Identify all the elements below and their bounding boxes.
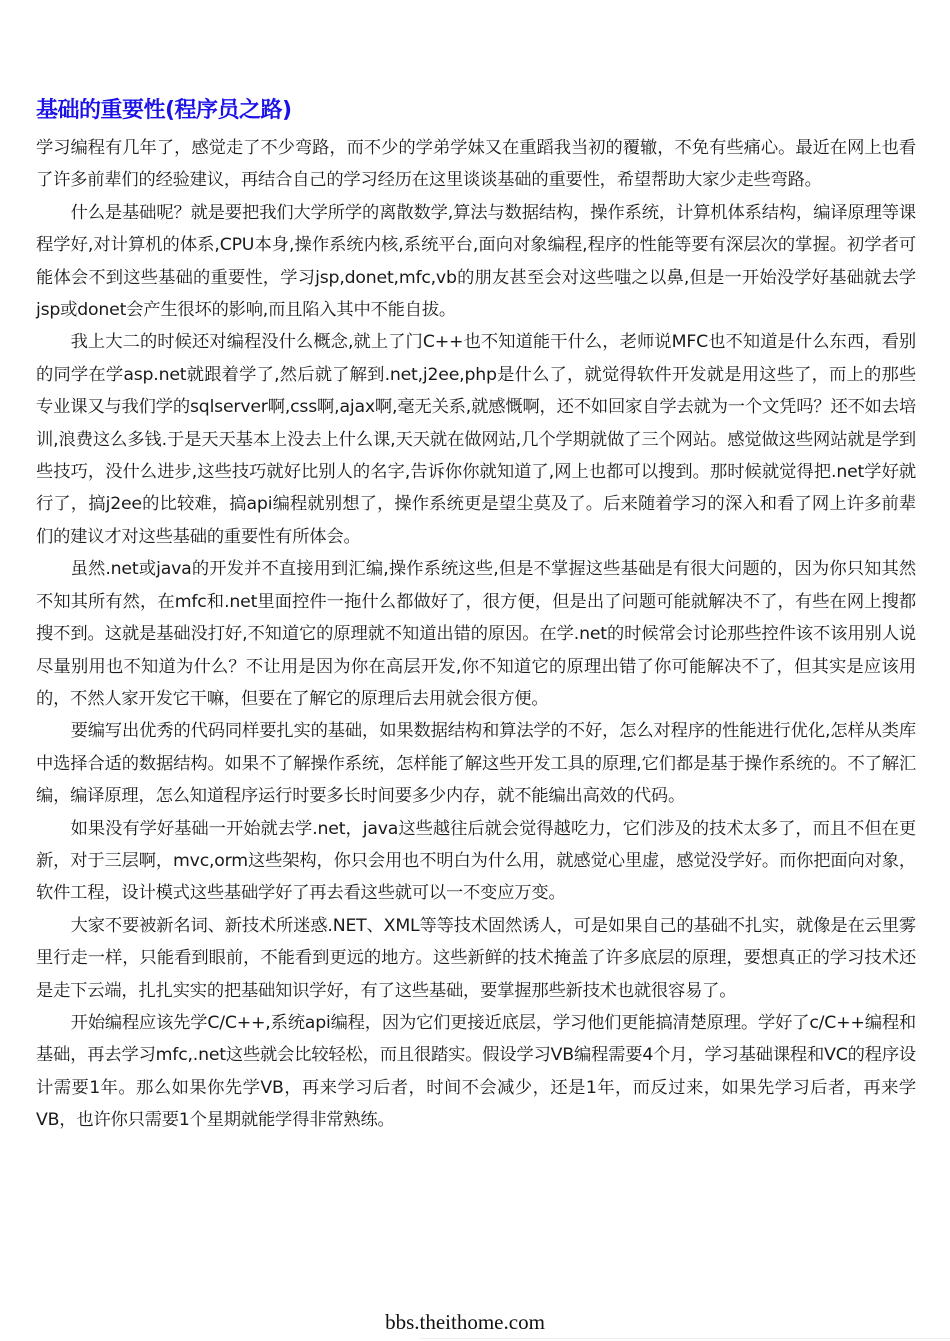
paragraph-personal-experience: 我上大二的时候还对编程没什么概念,就上了门C++也不知道能干什么，老师说MFC也… <box>36 326 916 553</box>
footer-divider <box>420 1338 950 1339</box>
document-page: 基础的重要性(程序员之路) 学习编程有几年了，感觉走了不少弯路，而不少的学弟学妹… <box>0 0 950 1341</box>
paragraph-good-code: 要编写出优秀的代码同样要扎实的基础，如果数据结构和算法学的不好，怎么对程序的性能… <box>36 715 916 812</box>
paragraph-new-tech: 大家不要被新名词、新技术所迷惑.NET、XML等等技术固然诱人，可是如果自己的基… <box>36 910 916 1007</box>
article-body: 学习编程有几年了，感觉走了不少弯路，而不少的学弟学妹又在重蹈我当初的覆辙，不免有… <box>36 132 916 1137</box>
paragraph-net-java: 虽然.net或java的开发并不直接用到汇编,操作系统这些,但是不掌握这些基础是… <box>36 553 916 715</box>
footer-site-url: bbs.theithome.com <box>0 1310 930 1335</box>
paragraph-no-basics: 如果没有学好基础一开始就去学.net，java这些越往后就会觉得越吃力，它们涉及… <box>36 813 916 910</box>
document-title: 基础的重要性(程序员之路) <box>36 93 292 124</box>
paragraph-learn-c-first: 开始编程应该先学C/C++,系统api编程，因为它们更接近底层，学习他们更能搞清… <box>36 1007 916 1137</box>
paragraph-intro: 学习编程有几年了，感觉走了不少弯路，而不少的学弟学妹又在重蹈我当初的覆辙，不免有… <box>36 132 916 197</box>
paragraph-what-is-basics: 什么是基础呢？就是要把我们大学所学的离散数学,算法与数据结构，操作系统，计算机体… <box>36 197 916 327</box>
